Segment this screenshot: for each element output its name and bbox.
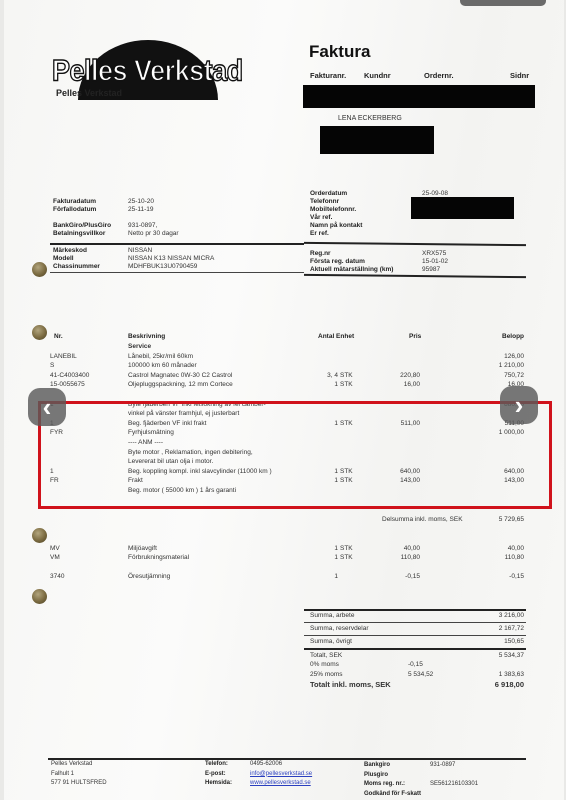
line-qty: 1 xyxy=(308,381,338,388)
footer-contact-labels: Telefon: E-post: Hemsida: xyxy=(205,760,232,789)
line-price: 16,00 xyxy=(374,381,420,388)
subtotal-label: Delsumma inkl. moms, SEK xyxy=(382,516,463,524)
line-price: 110,80 xyxy=(374,554,420,561)
model: NISSAN K13 NISSAN MICRA xyxy=(128,255,214,263)
punch-hole xyxy=(32,325,47,340)
line-nr: S xyxy=(50,362,54,369)
customer-name: LENA ECKERBERG xyxy=(338,115,402,123)
label-bankgiro: BankGiro/PlusGiro xyxy=(53,222,111,230)
summary-value: 150,65 xyxy=(504,638,524,645)
punch-hole xyxy=(32,262,47,277)
reg-nr: XRX575 xyxy=(422,250,446,258)
extra-line-item: VMFörbrukningsmaterial1STK110,80110,80 xyxy=(4,554,564,563)
bankgiro: 931-0897, xyxy=(128,222,157,230)
summary-row: 0% moms-0,15 xyxy=(304,661,526,671)
next-image-button[interactable]: › xyxy=(500,386,538,424)
footer-company: Pelles Verkstad xyxy=(51,760,107,770)
line-amount: 110,80 xyxy=(472,554,524,561)
col-price: Pris xyxy=(409,333,421,340)
summary-value: 1 383,63 xyxy=(499,671,524,678)
line-unit: STK xyxy=(340,545,353,552)
label-website: Hemsida: xyxy=(205,779,232,789)
label-our-ref: Vår ref. xyxy=(310,214,332,222)
due-date: 25-11-19 xyxy=(128,206,154,214)
label-telephone: Telefon: xyxy=(205,760,232,770)
company-name: Pelles Verkstad xyxy=(56,88,122,98)
footer-phone: 0495-62006 xyxy=(250,760,312,770)
footer-address: Pelles Verkstad Falhult 1 577 91 HULTSFR… xyxy=(51,760,107,789)
label-model: Modell xyxy=(53,255,74,263)
line-qty: 1 xyxy=(308,554,338,561)
line-item: LANEBILLånebil, 25kr/mil 60km126,00 xyxy=(4,353,564,362)
divider xyxy=(304,635,526,636)
label-mobile: Mobiltelefonnr. xyxy=(310,206,356,214)
summary-value: 2 167,72 xyxy=(499,625,524,632)
divider xyxy=(304,648,526,650)
label-your-ref: Er ref. xyxy=(310,230,329,238)
divider xyxy=(50,272,304,273)
viewer-top-bar[interactable] xyxy=(460,0,546,6)
line-amount: 1 210,00 xyxy=(472,362,524,369)
line-description: Castrol Magnatec 0W-30 C2 Castrol xyxy=(128,372,232,379)
line-unit: STK xyxy=(340,372,353,379)
summary-label: 25% moms xyxy=(310,671,343,678)
brand: NISSAN xyxy=(128,247,152,255)
previous-image-button[interactable]: ‹ xyxy=(28,388,66,426)
label-email: E-post: xyxy=(205,770,232,780)
footer-city: 577 91 HULTSFRED xyxy=(51,779,107,789)
summary-base: -0,15 xyxy=(408,661,423,668)
label-first-reg-date: Första reg. datum xyxy=(310,258,365,266)
label-f-tax: Godkänd för F-skatt xyxy=(364,790,421,800)
line-qty: 1 xyxy=(308,545,338,552)
chevron-right-icon: › xyxy=(515,390,524,421)
divider xyxy=(304,242,526,246)
label-due-date: Förfallodatum xyxy=(53,206,96,214)
line-description: Oljepluggspackning, 12 mm Cortece xyxy=(128,381,233,388)
summary-value: 6 918,00 xyxy=(495,680,524,689)
line-amount: 40,00 xyxy=(472,545,524,552)
line-nr: VM xyxy=(50,554,60,561)
label-invoice-number: Fakturanr. xyxy=(310,71,346,80)
line-description: 100000 km 60 månader xyxy=(128,362,197,369)
summary-label: Summa, arbete xyxy=(310,612,354,619)
line-amount: -0,15 xyxy=(472,573,524,580)
label-plusgiro: Plusgiro xyxy=(364,771,421,781)
summary-row: Totalt inkl. moms, SEK6 918,00 xyxy=(304,680,526,690)
summary-row: Summa, reservdelar2 167,72 xyxy=(304,625,526,635)
footer-vat-nr: SE561216103301 xyxy=(430,780,478,790)
label-chassis: Chassinummer xyxy=(53,263,100,271)
invoice-date: 25-10-20 xyxy=(128,198,154,206)
line-qty: 1 xyxy=(308,573,338,580)
line-price: 220,80 xyxy=(374,372,420,379)
line-price: -0,15 xyxy=(374,573,420,580)
label-brand: Märkeskod xyxy=(53,247,87,255)
line-unit: STK xyxy=(340,381,353,388)
subtotal-value: 5 729,65 xyxy=(472,516,524,524)
extra-line-item: MVMiljöavgift1STK40,0040,00 xyxy=(4,545,564,554)
redacted-customer-address xyxy=(320,126,434,154)
line-amount: 750,72 xyxy=(472,372,524,379)
line-nr: 3740 xyxy=(50,573,64,580)
line-nr: MV xyxy=(50,545,60,552)
summary-label: Totalt, SEK xyxy=(310,652,342,659)
odometer: 95987 xyxy=(422,266,440,274)
footer-bank-values: 931-0897 SE561216103301 xyxy=(430,761,478,790)
label-vat-nr: Moms reg. nr.: xyxy=(364,780,421,790)
col-amount: Belopp xyxy=(502,333,524,340)
label-page-number: Sidnr xyxy=(510,71,529,80)
summary-row: Summa, övrigt150,65 xyxy=(304,638,526,648)
summary-value: 3 216,00 xyxy=(499,612,524,619)
summary-base: 5 534,52 xyxy=(408,671,433,678)
company-logo: Pelles Verkstad xyxy=(52,54,243,88)
label-order-number: Ordernr. xyxy=(424,71,454,80)
label-order-date: Orderdatum xyxy=(310,190,347,198)
line-description: Lånebil, 25kr/mil 60km xyxy=(128,353,193,360)
line-description: Förbrukningsmaterial xyxy=(128,554,189,561)
label-bankgiro-footer: Bankgiro xyxy=(364,761,421,771)
line-nr: 41-C4003400 xyxy=(50,372,89,379)
line-unit: STK xyxy=(340,554,353,561)
line-nr: LANEBIL xyxy=(50,353,77,360)
summary-label: 0% moms xyxy=(310,661,339,668)
line-price: 40,00 xyxy=(374,545,420,552)
col-qty-unit: Antal Enhet xyxy=(318,333,354,340)
label-contact-name: Namn på kontakt xyxy=(310,222,362,230)
col-description: Beskrivning xyxy=(128,333,165,340)
divider xyxy=(304,274,526,278)
footer-website-link[interactable]: www.pellesverkstad.se xyxy=(250,779,312,789)
line-description: Öresutjämning xyxy=(128,573,170,580)
label-payment-terms: Betalningsvillkor xyxy=(53,230,105,238)
label-invoice-date: Fakturadatum xyxy=(53,198,96,206)
footer-bank-labels: Bankgiro Plusgiro Moms reg. nr.: Godkänd… xyxy=(364,761,421,799)
punch-hole xyxy=(32,528,47,543)
redacted-phone xyxy=(411,197,514,219)
col-nr: Nr. xyxy=(54,333,63,340)
redacted-invoice-ids xyxy=(303,85,535,108)
line-amount: 126,00 xyxy=(472,353,524,360)
summary-value: 5 534,37 xyxy=(499,652,524,659)
highlight-box xyxy=(38,401,552,509)
footer-email-link[interactable]: info@pellesverkstad.se xyxy=(250,770,312,780)
label-reg-nr: Reg.nr xyxy=(310,250,331,258)
label-odometer: Aktuell mätarställning (km) xyxy=(310,266,393,274)
chevron-left-icon: ‹ xyxy=(43,392,52,423)
payment-terms: Netto pr 30 dagar xyxy=(128,230,179,238)
divider xyxy=(50,243,304,245)
summary-row: Summa, arbete3 216,00 xyxy=(304,612,526,622)
line-item: S100000 km 60 månader1 210,00 xyxy=(4,362,564,371)
footer-street: Falhult 1 xyxy=(51,770,107,780)
invoice-title: Faktura xyxy=(309,42,370,62)
footer-bankgiro: 931-0897 xyxy=(430,761,478,771)
divider xyxy=(304,622,526,623)
line-description: Miljöavgift xyxy=(128,545,157,552)
invoice-page: Pelles Verkstad Pelles Verkstad Faktura … xyxy=(4,0,564,800)
line-item: 41-C4003400Castrol Magnatec 0W-30 C2 Cas… xyxy=(4,372,564,381)
extra-line-item: 3740Öresutjämning1-0,15-0,15 xyxy=(4,573,564,582)
summary-label: Summa, reservdelar xyxy=(310,625,369,632)
punch-hole xyxy=(32,589,47,604)
summary-label: Totalt inkl. moms, SEK xyxy=(310,680,391,689)
line-item: Service xyxy=(4,343,564,352)
line-item xyxy=(4,391,564,400)
label-customer-number: Kundnr xyxy=(364,71,391,80)
divider xyxy=(304,609,526,611)
summary-label: Summa, övrigt xyxy=(310,638,352,645)
footer-plusgiro xyxy=(430,771,478,781)
chassis-number: MDHFBUK13U0790459 xyxy=(128,263,197,271)
line-item: 15-0055675Oljepluggspackning, 12 mm Cort… xyxy=(4,381,564,390)
line-qty: 3, 4 xyxy=(308,372,338,379)
first-reg-date: 15-01-02 xyxy=(422,258,448,266)
label-phone: Telefonnr xyxy=(310,198,339,206)
footer-contact-values: 0495-62006 info@pellesverkstad.se www.pe… xyxy=(250,760,312,789)
line-description: Service xyxy=(128,343,151,350)
